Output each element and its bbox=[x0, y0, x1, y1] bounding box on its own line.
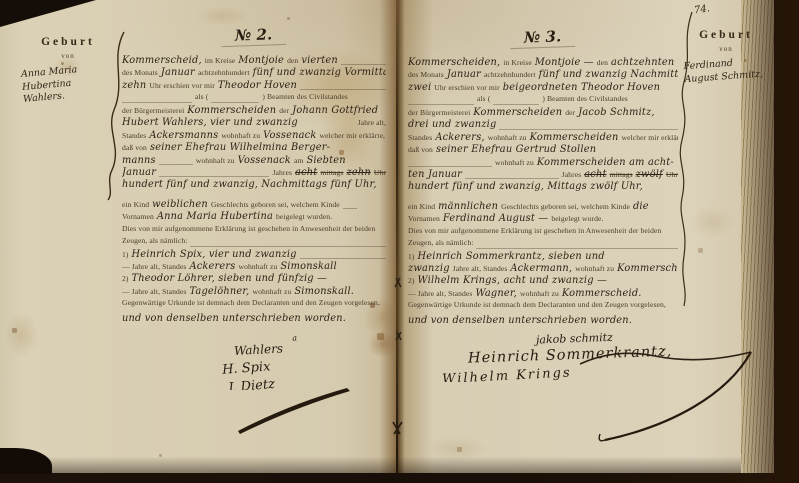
handwritten-text: und von denselben unterschrieben worden. bbox=[122, 313, 346, 324]
form-line: Kommerscheid,im KreiseMontjoiedenvierten bbox=[122, 55, 386, 67]
printed-text: der bbox=[565, 108, 575, 117]
handwritten-text: Vossenack bbox=[263, 130, 316, 141]
printed-text: am bbox=[294, 156, 303, 165]
blank-rule bbox=[408, 158, 492, 167]
printed-text: Jahre alt, bbox=[358, 118, 386, 127]
handwritten-text: acht bbox=[584, 169, 606, 180]
form-line: als () Beamten des Civilstandes bbox=[408, 94, 678, 106]
printed-text: im Kreise bbox=[205, 56, 236, 65]
handwritten-text: zwanzig bbox=[408, 263, 450, 274]
right-margin-brace bbox=[676, 12, 698, 308]
form-line: mannswohnhaft zuVossenackamSiebten bbox=[122, 155, 386, 167]
handwritten-text: Ackerers, bbox=[435, 132, 484, 143]
handwritten-text: ten Januar bbox=[408, 169, 462, 180]
printed-text: in Kreise bbox=[503, 58, 532, 67]
form-line: der BürgermeistereiKommerscheidenderJaco… bbox=[408, 107, 678, 119]
blank-rule bbox=[408, 96, 474, 105]
printed-text: achtzehnhundert bbox=[484, 70, 536, 79]
form-line: daß vonseiner Ehefrau Gertrud Stollen bbox=[408, 144, 678, 156]
form-line: Dies von mir aufgenommene Erklärung ist … bbox=[122, 224, 386, 236]
handwritten-text: beigeordneten Theodor Hoven bbox=[503, 82, 660, 93]
handwritten-text: Simonskall bbox=[280, 261, 336, 272]
blank-rule bbox=[300, 250, 386, 259]
handwritten-text: Anna Maria Hubertina bbox=[157, 211, 273, 222]
handwritten-text: hundert fünf und zwanzig, Nachmittags fü… bbox=[122, 179, 377, 190]
printed-text: mittags bbox=[610, 170, 633, 179]
form-line: des MonatsJanuarachtzehnhundertfünf und … bbox=[408, 69, 678, 81]
handwritten-text: seiner Ehefrau Wilhelmina Berger- bbox=[150, 142, 330, 153]
right-entry: № 3. Kommerscheiden,in KreiseMontjoie —d… bbox=[408, 28, 678, 382]
entry-number-wrap: № 2. bbox=[122, 26, 386, 48]
entry-number-wrap: № 3. bbox=[408, 28, 678, 50]
printed-text: Jahres bbox=[272, 168, 292, 177]
form-line: hundert fünf und zwanzig, Nachmittags fü… bbox=[122, 179, 386, 191]
printed-text: Geschlechts geboren sei, welchem Kinde bbox=[501, 202, 630, 211]
form-line: drei und zwanzig bbox=[408, 119, 678, 131]
signatures: aWahlersH. SpixJ. Dietz bbox=[122, 329, 386, 390]
printed-text: welcher mir erklärte, bbox=[622, 133, 678, 142]
handwritten-text: zehn bbox=[346, 167, 370, 178]
printed-text: wohnhaft zu bbox=[520, 289, 559, 298]
form-line: und von denselben unterschrieben worden. bbox=[408, 315, 678, 327]
form-line: 2)Theodor Löhrer, sieben und fünfzig — bbox=[122, 273, 386, 285]
handwritten-text: Theodor Löhrer, sieben und fünfzig — bbox=[132, 273, 328, 284]
form-line: Gegenwärtige Urkunde ist demnach dem Dec… bbox=[122, 298, 386, 310]
handwritten-text: Kommerscheid bbox=[617, 263, 678, 274]
handwritten-text: Kommerscheiden, bbox=[408, 57, 500, 68]
blank-rule bbox=[341, 56, 386, 65]
form-line: hundert fünf und zwanzig, Mittags zwölf … bbox=[408, 181, 678, 193]
printed-text: wohnhaft zu bbox=[239, 262, 278, 271]
register-book-photo: Geburt von Anna Maria Hubertina Wahlers.… bbox=[0, 0, 799, 483]
handwritten-text: Kommerscheid, bbox=[122, 55, 202, 66]
handwritten-text: Kommerscheiden bbox=[530, 132, 619, 143]
handwritten-text: drei und zwanzig bbox=[408, 119, 496, 130]
entry-number: № 3. bbox=[510, 28, 576, 49]
handwritten-text: Tagelöhner, bbox=[189, 286, 249, 297]
form-line: Dies von mir aufgenommene Erklärung ist … bbox=[408, 226, 678, 238]
left-margin-title: Geburt bbox=[22, 36, 114, 48]
handwritten-text: Januar bbox=[447, 69, 481, 80]
printed-text: 2) bbox=[408, 276, 415, 285]
printed-text: 1) bbox=[122, 250, 129, 259]
entry-number: № 2. bbox=[221, 26, 287, 47]
blank-rule bbox=[190, 238, 386, 247]
printed-text: mittags bbox=[320, 168, 343, 177]
printed-text: welcher mir erklärte, bbox=[319, 131, 385, 140]
form-line: VornamenAnna Maria Hubertinabeigelegt wu… bbox=[122, 211, 386, 223]
handwritten-text: achtzehnten bbox=[611, 57, 674, 68]
handwritten-text: fünf und zwanzig Nachmittags bbox=[539, 69, 678, 80]
handwritten-text: Januar bbox=[161, 67, 195, 78]
blank-rule bbox=[211, 94, 259, 103]
left-margin-brace bbox=[104, 30, 130, 202]
handwritten-text: fünf und zwanzig Vormittags bbox=[253, 67, 386, 78]
blank-rule bbox=[343, 200, 357, 209]
printed-text: Uhr erschien vor mir bbox=[149, 81, 214, 90]
printed-text: Gegenwärtige Urkunde ist demnach dem Dec… bbox=[122, 298, 380, 307]
printed-text: Geschlechts geboren sei, welchem Kinde bbox=[211, 200, 340, 209]
printed-text: Jahres bbox=[562, 170, 582, 179]
printed-text: wohnhaft zu bbox=[575, 264, 614, 273]
form-line: ein KindweiblichenGeschlechts geboren se… bbox=[122, 199, 386, 211]
handwritten-text: Wagner, bbox=[475, 288, 517, 299]
printed-text: ) Beamten des Civilstandes bbox=[262, 92, 347, 101]
form-line: und von denselben unterschrieben worden. bbox=[122, 313, 386, 325]
form-line: Zeugen, als nämlich: bbox=[408, 238, 678, 250]
printed-text: beigelegt wurde. bbox=[551, 214, 603, 223]
handwritten-text: seiner Ehefrau Gertrud Stollen bbox=[436, 144, 596, 155]
printed-text: 2) bbox=[122, 274, 129, 283]
entry-text: Kommerscheiden,in KreiseMontjoie —denach… bbox=[408, 57, 678, 327]
left-margin-column: Geburt von Anna Maria Hubertina Wahlers. bbox=[22, 36, 114, 103]
handwritten-text: Hubert Wahlers, vier und zwanzig bbox=[122, 117, 298, 128]
handwritten-text: Kommerscheiden am acht- bbox=[537, 157, 674, 168]
handwritten-text: Heinrich Sommerkrantz, sieben und bbox=[418, 251, 605, 262]
printed-text: den bbox=[597, 58, 608, 67]
form-line: 1)Heinrich Spix, vier und zwanzig bbox=[122, 249, 386, 261]
handwritten-text: und von denselben unterschrieben worden. bbox=[408, 315, 632, 326]
handwritten-text: Montjoie — bbox=[535, 57, 594, 68]
handwritten-text: Kommerscheiden bbox=[187, 105, 276, 116]
entry-text: Kommerscheid,im KreiseMontjoiedenvierten… bbox=[122, 55, 386, 325]
printed-text: ) Beamten des Civilstandes bbox=[542, 94, 627, 103]
blank-rule bbox=[465, 170, 559, 179]
printed-text: Zeugen, als nämlich: bbox=[122, 236, 187, 245]
printed-text: der Bürgermeisterei bbox=[408, 108, 470, 117]
printed-text: 1) bbox=[408, 252, 415, 261]
handwritten-text: Heinrich Spix, vier und zwanzig bbox=[132, 249, 297, 260]
printed-text: Standes bbox=[408, 133, 432, 142]
form-line: wohnhaft zuKommerscheiden am acht- bbox=[408, 157, 678, 169]
handwritten-text: Simonskall. bbox=[294, 286, 354, 297]
form-line: JanuarJahresachtmittagszehnUhr bbox=[122, 167, 386, 179]
printed-text: den bbox=[287, 56, 298, 65]
form-line: VornamenFerdinand August —beigelegt wurd… bbox=[408, 213, 678, 225]
pen-flourish-left bbox=[238, 388, 356, 438]
handwritten-text: vierten bbox=[301, 55, 338, 66]
handwritten-text: Kommerscheiden bbox=[473, 107, 562, 118]
printed-text: beigelegt wurden. bbox=[276, 212, 332, 221]
handwritten-text: Ackermann, bbox=[510, 263, 572, 274]
form-line: zehnUhr erschien vor mirTheodor Hoven bbox=[122, 80, 386, 92]
handwritten-text: die bbox=[633, 201, 649, 212]
printed-text: als ( bbox=[477, 94, 490, 103]
form-line: als () Beamten des Civilstandes bbox=[122, 92, 386, 104]
form-line: StandesAckerers,wohnhaft zuKommerscheide… bbox=[408, 132, 678, 144]
form-line: 2)Wilhelm Krings, acht und zwanzig — bbox=[408, 275, 678, 287]
handwritten-text: Ackersmanns bbox=[149, 130, 218, 141]
form-line: des MonatsJanuarachtzehnhundertfünf und … bbox=[122, 67, 386, 79]
printed-text: Zeugen, als nämlich: bbox=[408, 238, 473, 247]
left-margin-von: von bbox=[22, 52, 114, 60]
handwritten-text: zwölf bbox=[636, 169, 663, 180]
handwritten-text: Theodor Hoven bbox=[218, 80, 297, 91]
printed-text: der bbox=[279, 106, 289, 115]
form-line: Hubert Wahlers, vier und zwanzigJahre al… bbox=[122, 117, 386, 129]
printed-text: Dies von mir aufgenommene Erklärung ist … bbox=[408, 226, 661, 235]
form-line: StandesAckersmannswohnhaft zuVossenackwe… bbox=[122, 130, 386, 142]
printed-text: achtzehnhundert bbox=[198, 68, 250, 77]
handwritten-text: zwei bbox=[408, 82, 431, 93]
form-line: — Jahre alt, StandesWagner,wohnhaft zuKo… bbox=[408, 288, 678, 300]
printed-text: wohnhaft zu bbox=[253, 287, 292, 296]
handwritten-text: Montjoie bbox=[238, 55, 284, 66]
handwritten-text: Kommerscheid. bbox=[562, 288, 642, 299]
form-line: Kommerscheiden,in KreiseMontjoie —denach… bbox=[408, 57, 678, 69]
printed-text: Jahre alt, Standes bbox=[453, 264, 508, 273]
left-entry: № 2. Kommerscheid,im KreiseMontjoiedenvi… bbox=[122, 26, 386, 390]
form-line: 1)Heinrich Sommerkrantz, sieben und bbox=[408, 251, 678, 263]
handwritten-text: Ferdinand August — bbox=[443, 213, 548, 224]
printed-text: Gegenwärtige Urkunde ist demnach dem Dec… bbox=[408, 300, 666, 309]
printed-text: wohnhaft zu bbox=[221, 131, 260, 140]
handwritten-text: Wilhelm Krings, acht und zwanzig — bbox=[418, 275, 607, 286]
form-line: — Jahre alt, StandesTagelöhner,wohnhaft … bbox=[122, 286, 386, 298]
form-line: der BürgermeistereiKommerscheidenderJoha… bbox=[122, 105, 386, 117]
printed-text: Uhr erschien vor mir bbox=[434, 83, 499, 92]
handwritten-text: Ackerers bbox=[189, 261, 235, 272]
blank-rule bbox=[159, 156, 193, 165]
handwritten-text: Jacob Schmitz, bbox=[578, 107, 654, 118]
form-line: zweiUhr erschien vor mirbeigeordneten Th… bbox=[408, 82, 678, 94]
blank-rule bbox=[493, 96, 539, 105]
handwritten-text: Siebten bbox=[306, 155, 345, 166]
binding-stitch bbox=[388, 270, 408, 445]
form-line: — Jahre alt, StandesAckererswohnhaft zuS… bbox=[122, 261, 386, 273]
blank-rule bbox=[159, 168, 269, 177]
left-margin-name: Anna Maria Hubertina Wahlers. bbox=[21, 61, 116, 106]
form-line: ten JanuarJahresachtmittagszwölfUhr bbox=[408, 169, 678, 181]
printed-text: wohnhaft zu bbox=[196, 156, 235, 165]
pen-flourish-right bbox=[575, 340, 780, 448]
printed-text: des Monats bbox=[408, 70, 444, 79]
photo-corner-shadow bbox=[0, 0, 96, 27]
form-line: Gegenwärtige Urkunde ist demnach dem Dec… bbox=[408, 300, 678, 312]
printed-text: Dies von mir aufgenommene Erklärung ist … bbox=[122, 224, 375, 233]
printed-text: wohnhaft zu bbox=[488, 133, 527, 142]
form-line: Zeugen, als nämlich: bbox=[122, 236, 386, 248]
printed-text: — Jahre alt, Standes bbox=[408, 289, 472, 298]
printed-text: der Bürgermeisterei bbox=[122, 106, 184, 115]
printed-text: daß von bbox=[408, 145, 433, 154]
printed-text: Vornamen bbox=[408, 214, 440, 223]
printed-text: — Jahre alt, Standes bbox=[122, 262, 186, 271]
blank-rule bbox=[499, 121, 678, 130]
printed-text: ein Kind bbox=[408, 202, 435, 211]
handwritten-text: acht bbox=[295, 167, 317, 178]
printed-text: als ( bbox=[195, 92, 208, 101]
handwritten-text: Johann Gottfried bbox=[292, 105, 378, 116]
printed-text: wohnhaft zu bbox=[495, 158, 534, 167]
form-line: daß vonseiner Ehefrau Wilhelmina Berger- bbox=[122, 142, 386, 154]
blank-rule bbox=[476, 240, 678, 249]
form-line: zwanzigJahre alt, StandesAckermann,wohnh… bbox=[408, 263, 678, 275]
handwritten-text: männlichen bbox=[438, 201, 498, 212]
form-line: ein KindmännlichenGeschlechts geboren se… bbox=[408, 201, 678, 213]
handwritten-text: hundert fünf und zwanzig, Mittags zwölf … bbox=[408, 181, 643, 192]
printed-text: Uhr bbox=[374, 168, 386, 177]
handwritten-text: weiblichen bbox=[152, 199, 208, 210]
printed-text: Vornamen bbox=[122, 212, 154, 221]
handwritten-text: Vossenack bbox=[238, 155, 291, 166]
blank-rule bbox=[300, 81, 386, 90]
printed-text: — Jahre alt, Standes bbox=[122, 287, 186, 296]
blank-rule bbox=[122, 94, 192, 103]
